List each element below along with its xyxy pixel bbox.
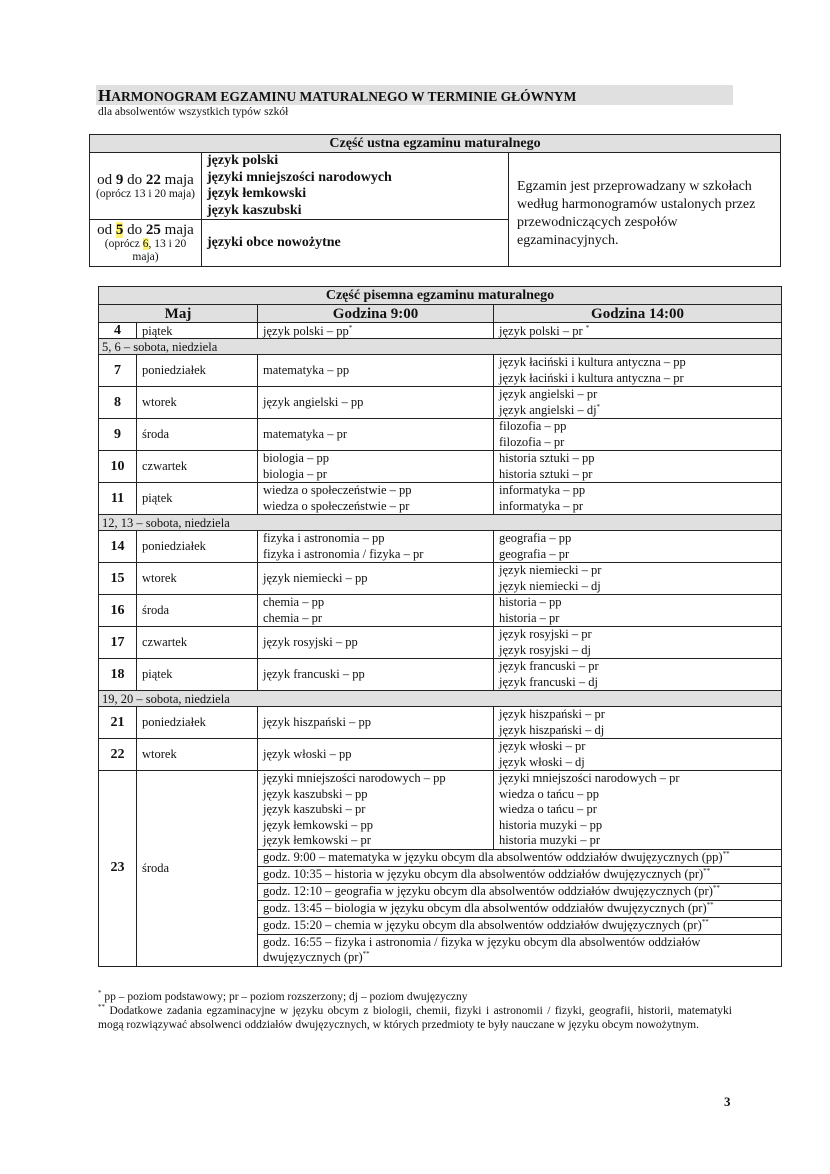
footnotes: * pp – poziom podstawowy; pr – poziom ro… bbox=[98, 990, 732, 1032]
page-title: HARMONOGRAM EGZAMINU MATURALNEGO W TERMI… bbox=[98, 86, 576, 106]
exam-day-row: 11piątekwiedza o społeczeństwie – ppwied… bbox=[99, 483, 782, 515]
weekday: wtorek bbox=[137, 739, 258, 771]
weekday: wtorek bbox=[137, 387, 258, 419]
column-9am: Godzina 9:00 bbox=[258, 305, 494, 323]
oral-note: Egzamin jest przeprowadzany w szkołach w… bbox=[509, 153, 781, 267]
title-rest: ARMONOGRAM EGZAMINU MATURALNEGO W TERMIN… bbox=[111, 89, 576, 104]
day-number: 21 bbox=[99, 707, 137, 739]
day-number: 15 bbox=[99, 563, 137, 595]
weekday: poniedziałek bbox=[137, 355, 258, 387]
exam-day-row: 17czwartekjęzyk rosyjski – ppjęzyk rosyj… bbox=[99, 627, 782, 659]
bilingual-exam: godz. 10:35 – historia w języku obcym dl… bbox=[258, 866, 782, 883]
footnote-text: Dodatkowe zadania egzaminacyjne w języku… bbox=[98, 1005, 732, 1031]
exam-9am: język francuski – pp bbox=[258, 659, 494, 691]
day-number: 18 bbox=[99, 659, 137, 691]
day-number: 9 bbox=[99, 419, 137, 451]
oral-exam-table: Część ustna egzaminu maturalnego od 9 do… bbox=[89, 134, 781, 267]
weekend-label: 12, 13 – sobota, niedziela bbox=[99, 515, 782, 531]
exam-2pm: historia – pphistoria – pr bbox=[494, 595, 782, 627]
weekday: środa bbox=[137, 419, 258, 451]
weekend-label: 5, 6 – sobota, niedziela bbox=[99, 339, 782, 355]
footnote-mark: ** bbox=[703, 867, 710, 875]
bilingual-exam: godz. 12:10 – geografia w języku obcym d… bbox=[258, 883, 782, 900]
exam-9am: wiedza o społeczeństwie – ppwiedza o spo… bbox=[258, 483, 494, 515]
column-2pm: Godzina 14:00 bbox=[494, 305, 782, 323]
exam-2pm: filozofia – ppfilozofia – pr bbox=[494, 419, 782, 451]
oral-dates: od 9 do 22 maja(oprócz 13 i 20 maja) bbox=[90, 153, 202, 220]
oral-row: od 9 do 22 maja(oprócz 13 i 20 maja) jęz… bbox=[90, 153, 781, 220]
title-initial: H bbox=[98, 86, 111, 105]
day-number: 16 bbox=[99, 595, 137, 627]
oral-subjects: języki obce nowożytne bbox=[202, 220, 509, 267]
exam-9am: język angielski – pp bbox=[258, 387, 494, 419]
weekday: środa bbox=[137, 771, 258, 967]
day-number: 7 bbox=[99, 355, 137, 387]
exam-day-row: 18piątekjęzyk francuski – ppjęzyk francu… bbox=[99, 659, 782, 691]
exam-2pm: język polski – pr * bbox=[494, 323, 782, 339]
footnote-mark: ** bbox=[713, 884, 720, 892]
exam-day-row: 15wtorekjęzyk niemiecki – ppjęzyk niemie… bbox=[99, 563, 782, 595]
footnote-mark: * bbox=[349, 323, 353, 331]
footnote-mark: ** bbox=[707, 901, 714, 909]
day-number: 17 bbox=[99, 627, 137, 659]
oral-subjects: język polskijęzyki mniejszości narodowyc… bbox=[202, 153, 509, 220]
exam-2pm: język angielski – prjęzyk angielski – dj… bbox=[494, 387, 782, 419]
weekday: środa bbox=[137, 595, 258, 627]
day-number: 11 bbox=[99, 483, 137, 515]
exam-2pm: język włoski – prjęzyk włoski – dj bbox=[494, 739, 782, 771]
page-number: 3 bbox=[724, 1094, 731, 1110]
bilingual-exam: godz. 15:20 – chemia w języku obcym dla … bbox=[258, 917, 782, 934]
day-number: 22 bbox=[99, 739, 137, 771]
weekend-row: 12, 13 – sobota, niedziela bbox=[99, 515, 782, 531]
exam-9am: biologia – ppbiologia – pr bbox=[258, 451, 494, 483]
exam-9am: język rosyjski – pp bbox=[258, 627, 494, 659]
day-number: 23 bbox=[99, 771, 137, 967]
footnote-mark: ** bbox=[723, 850, 730, 858]
bilingual-exam: godz. 13:45 – biologia w języku obcym dl… bbox=[258, 900, 782, 917]
exam-2pm: język niemiecki – prjęzyk niemiecki – dj bbox=[494, 563, 782, 595]
day-number: 10 bbox=[99, 451, 137, 483]
exam-2pm: język francuski – prjęzyk francuski – dj bbox=[494, 659, 782, 691]
exam-day-row: 4piątekjęzyk polski – pp*język polski – … bbox=[99, 323, 782, 339]
exam-9am: matematyka – pr bbox=[258, 419, 494, 451]
exam-day-row: 14poniedziałekfizyka i astronomia – ppfi… bbox=[99, 531, 782, 563]
exam-9am: chemia – ppchemia – pr bbox=[258, 595, 494, 627]
weekend-label: 19, 20 – sobota, niedziela bbox=[99, 691, 782, 707]
weekday: poniedziałek bbox=[137, 531, 258, 563]
written-heading: Część pisemna egzaminu maturalnego bbox=[99, 287, 782, 305]
footnote-mark: ** bbox=[702, 918, 709, 926]
exam-9am: matematyka – pp bbox=[258, 355, 494, 387]
day-number: 14 bbox=[99, 531, 137, 563]
exam-2pm: język rosyjski – prjęzyk rosyjski – dj bbox=[494, 627, 782, 659]
exam-9am: języki mniejszości narodowych – ppjęzyk … bbox=[258, 771, 494, 850]
exam-day-row: 21poniedziałekjęzyk hiszpański – ppjęzyk… bbox=[99, 707, 782, 739]
bilingual-exam: godz. 16:55 – fizyka i astronomia / fizy… bbox=[258, 934, 782, 966]
exam-2pm: języki mniejszości narodowych – prwiedza… bbox=[494, 771, 782, 850]
weekend-row: 5, 6 – sobota, niedziela bbox=[99, 339, 782, 355]
exam-day-row: 7poniedziałekmatematyka – ppjęzyk łacińs… bbox=[99, 355, 782, 387]
exam-2pm: informatyka – ppinformatyka – pr bbox=[494, 483, 782, 515]
exam-day-row: 10czwartekbiologia – ppbiologia – prhist… bbox=[99, 451, 782, 483]
exam-9am: fizyka i astronomia – ppfizyka i astrono… bbox=[258, 531, 494, 563]
oral-dates: od 5 do 25 maja(oprócz 6, 13 i 20 maja) bbox=[90, 220, 202, 267]
weekday: piątek bbox=[137, 659, 258, 691]
weekday: czwartek bbox=[137, 451, 258, 483]
exam-day-row: 8wtorekjęzyk angielski – ppjęzyk angiels… bbox=[99, 387, 782, 419]
exam-day-row: 22wtorekjęzyk włoski – ppjęzyk włoski – … bbox=[99, 739, 782, 771]
exam-2pm: język hiszpański – prjęzyk hiszpański – … bbox=[494, 707, 782, 739]
exam-2pm: geografia – ppgeografia – pr bbox=[494, 531, 782, 563]
weekday: wtorek bbox=[137, 563, 258, 595]
footnote-levels: * pp – poziom podstawowy; pr – poziom ro… bbox=[98, 990, 732, 1004]
footnote-mark: ** bbox=[98, 1003, 105, 1011]
footnote-mark: * bbox=[586, 323, 590, 331]
exam-9am: język hiszpański – pp bbox=[258, 707, 494, 739]
column-month: Maj bbox=[99, 305, 258, 323]
bilingual-exam: godz. 9:00 – matematyka w języku obcym d… bbox=[258, 849, 782, 866]
exam-9am: język niemiecki – pp bbox=[258, 563, 494, 595]
exam-9am: język polski – pp* bbox=[258, 323, 494, 339]
footnote-text: pp – poziom podstawowy; pr – poziom rozs… bbox=[102, 991, 468, 1003]
written-exam-table: Część pisemna egzaminu maturalnego Maj G… bbox=[98, 286, 782, 967]
exam-day-row: 23środajęzyki mniejszości narodowych – p… bbox=[99, 771, 782, 850]
weekday: poniedziałek bbox=[137, 707, 258, 739]
weekday: piątek bbox=[137, 323, 258, 339]
exam-2pm: historia sztuki – pphistoria sztuki – pr bbox=[494, 451, 782, 483]
exam-day-row: 16środachemia – ppchemia – prhistoria – … bbox=[99, 595, 782, 627]
weekday: czwartek bbox=[137, 627, 258, 659]
day-number: 4 bbox=[99, 323, 137, 339]
day-number: 8 bbox=[99, 387, 137, 419]
weekend-row: 19, 20 – sobota, niedziela bbox=[99, 691, 782, 707]
page-subtitle: dla absolwentów wszystkich typów szkół bbox=[98, 106, 288, 118]
footnote-mark: * bbox=[597, 402, 601, 410]
footnote-bilingual: ** Dodatkowe zadania egzaminacyjne w jęz… bbox=[98, 1004, 732, 1032]
exam-9am: język włoski – pp bbox=[258, 739, 494, 771]
weekday: piątek bbox=[137, 483, 258, 515]
footnote-mark: ** bbox=[363, 950, 370, 958]
exam-day-row: 9środamatematyka – prfilozofia – ppfiloz… bbox=[99, 419, 782, 451]
oral-heading: Część ustna egzaminu maturalnego bbox=[90, 135, 781, 153]
exam-2pm: język łaciński i kultura antyczna – ppję… bbox=[494, 355, 782, 387]
